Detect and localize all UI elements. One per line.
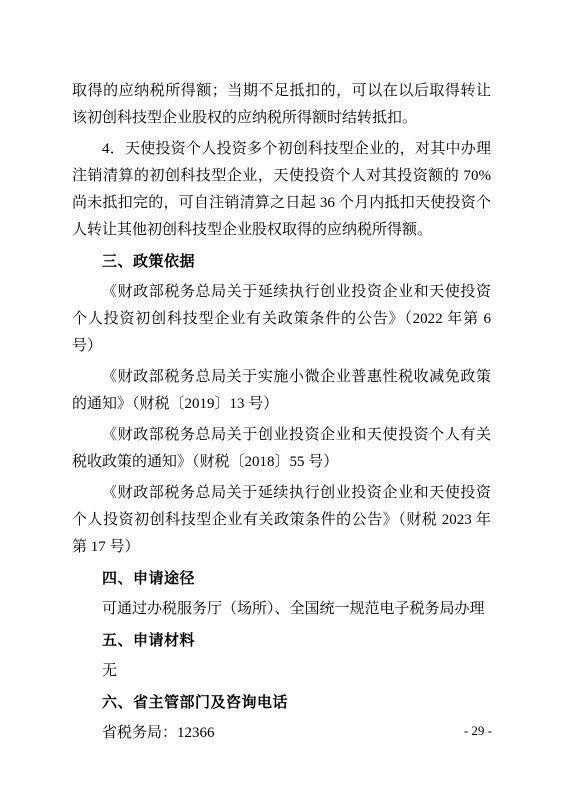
document-page: 取得的应纳税所得额；当期不足抵扣的，可以在以后取得转让该初创科技型企业股权的应纳… xyxy=(0,0,561,793)
paragraph-policy-doc-2023-17: 《财政部税务总局关于延续执行创业投资企业和天使投资个人投资初创科技型企业有关政策… xyxy=(72,480,491,561)
document-body: 取得的应纳税所得额；当期不足抵扣的，可以在以后取得转让该初创科技型企业股权的应纳… xyxy=(72,78,491,747)
paragraph-policy-doc-2019-13: 《财政部税务总局关于实施小微企业普惠性税收减免政策的通知》（财税〔2019〕13… xyxy=(72,364,491,418)
heading-department-contact: 六、省主管部门及咨询电话 xyxy=(72,689,491,716)
paragraph-tax-bureau-hotline: 省税务局：12366 xyxy=(72,720,491,747)
paragraph-materials-none: 无 xyxy=(72,658,491,685)
paragraph-policy-doc-2022-6: 《财政部税务总局关于延续执行创业投资企业和天使投资个人投资初创科技型企业有关政策… xyxy=(72,279,491,360)
heading-application-materials: 五、申请材料 xyxy=(72,627,491,654)
paragraph-carryover: 取得的应纳税所得额；当期不足抵扣的，可以在以后取得转让该初创科技型企业股权的应纳… xyxy=(72,78,491,132)
heading-policy-basis: 三、政策依据 xyxy=(72,248,491,275)
paragraph-application-channel: 可通过办税服务厅（场所）、全国统一规范电子税务局办理 xyxy=(72,596,491,623)
paragraph-item-4: 4．天使投资个人投资多个初创科技型企业的，对其中办理注销清算的初创科技型企业，天… xyxy=(72,136,491,244)
heading-application-channel: 四、申请途径 xyxy=(72,565,491,592)
page-number: - 29 - xyxy=(464,722,492,740)
paragraph-policy-doc-2018-55: 《财政部税务总局关于创业投资企业和天使投资个人有关税收政策的通知》（财税〔201… xyxy=(72,422,491,476)
